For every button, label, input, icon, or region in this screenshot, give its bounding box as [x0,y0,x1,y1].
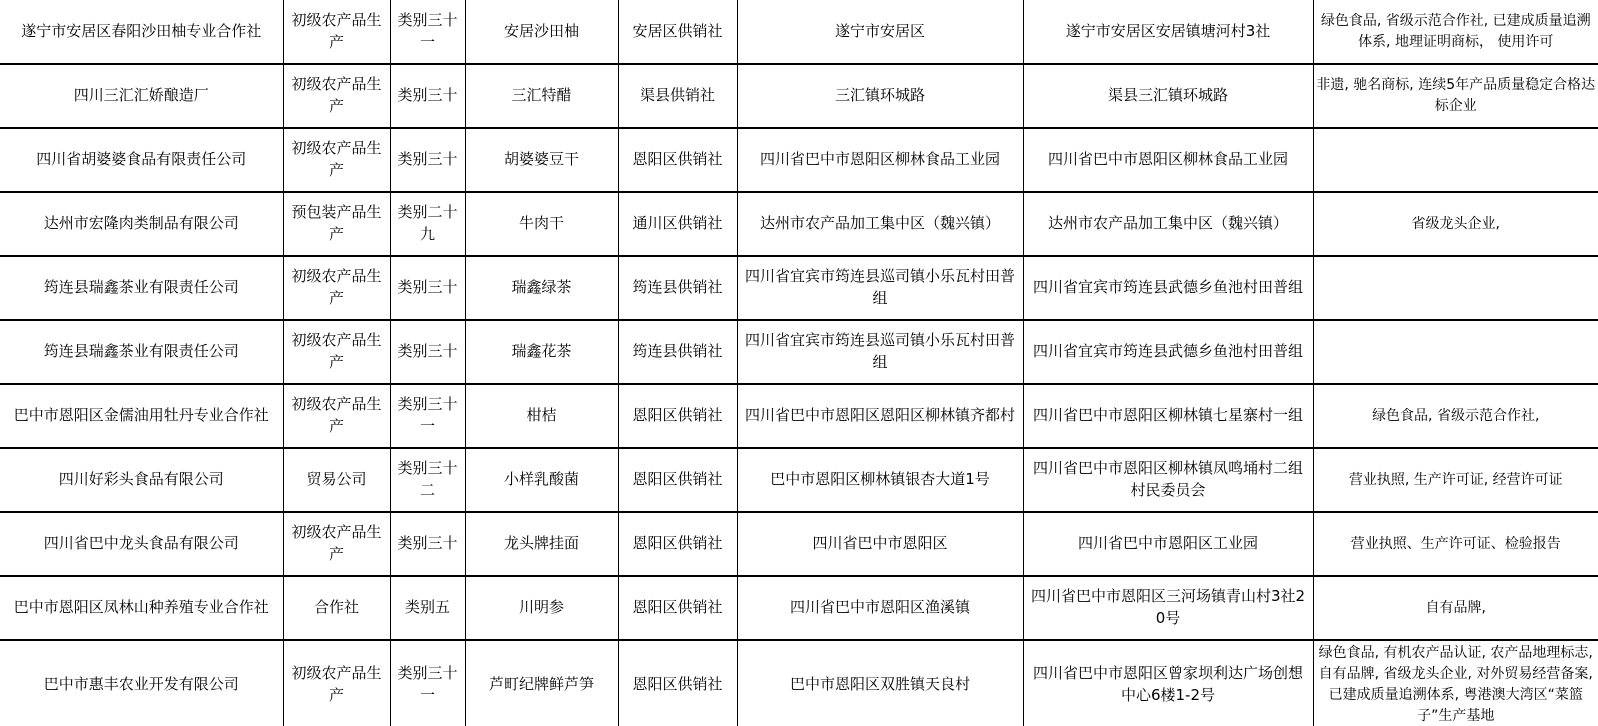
cell-address-2: 四川省巴中市恩阳区柳林镇七星寨村一组 [1023,384,1313,448]
cell-address-1: 四川省宜宾市筠连县巡司镇小乐瓦村田普组 [737,256,1023,320]
cell-cooperative: 渠县供销社 [618,64,737,128]
cell-address-2: 四川省宜宾市筠连县武德乡鱼池村田普组 [1023,320,1313,384]
cell-address-2: 达州市农产品加工集中区（魏兴镇） [1023,192,1313,256]
cell-category: 类别三十 [390,512,465,576]
cell-production-type: 贸易公司 [283,448,390,512]
cell-category: 类别三十一 [390,384,465,448]
cell-category: 类别三十 [390,320,465,384]
cell-address-2: 四川省巴中市恩阳区柳林镇凤鸣埇村二组村民委员会 [1023,448,1313,512]
cell-product: 牛肉干 [465,192,618,256]
cell-category: 类别三十一 [390,640,465,726]
cell-remarks: 营业执照、生产许可证、检验报告 [1313,512,1598,576]
producers-table: 遂宁市安居区春阳沙田柚专业合作社 初级农产品生产 类别三十一 安居沙田柚 安居区… [0,0,1598,726]
cell-address-2: 四川省巴中市恩阳区曾家坝利达广场创想中心6楼1-2号 [1023,640,1313,726]
cell-category: 类别三十 [390,128,465,192]
cell-address-2: 四川省巴中市恩阳区三河场镇青山村3社20号 [1023,576,1313,640]
table-row: 四川三汇汇娇酿造厂 初级农产品生产 类别三十 三汇特醋 渠县供销社 三汇镇环城路… [0,64,1598,128]
cell-address-1: 四川省宜宾市筠连县巡司镇小乐瓦村田普组 [737,320,1023,384]
cell-category: 类别三十二 [390,448,465,512]
cell-company: 四川三汇汇娇酿造厂 [0,64,283,128]
table-row: 遂宁市安居区春阳沙田柚专业合作社 初级农产品生产 类别三十一 安居沙田柚 安居区… [0,0,1598,64]
table-row: 四川好彩头食品有限公司 贸易公司 类别三十二 小样乳酸菌 恩阳区供销社 巴中市恩… [0,448,1598,512]
table-row: 达州市宏隆肉类制品有限公司 预包装产品生产 类别二十九 牛肉干 通川区供销社 达… [0,192,1598,256]
cell-company: 遂宁市安居区春阳沙田柚专业合作社 [0,0,283,64]
table-row: 巴中市恩阳区凤林山种养殖专业合作社 合作社 类别五 川明参 恩阳区供销社 四川省… [0,576,1598,640]
cell-production-type: 初级农产品生产 [283,128,390,192]
cell-category: 类别三十 [390,64,465,128]
cell-company: 四川省巴中龙头食品有限公司 [0,512,283,576]
table-row: 四川省胡婆婆食品有限责任公司 初级农产品生产 类别三十 胡婆婆豆干 恩阳区供销社… [0,128,1598,192]
cell-product: 龙头牌挂面 [465,512,618,576]
cell-production-type: 初级农产品生产 [283,320,390,384]
cell-production-type: 初级农产品生产 [283,64,390,128]
cell-remarks: 省级龙头企业, [1313,192,1598,256]
table-row: 巴中市恩阳区金儒油用牡丹专业合作社 初级农产品生产 类别三十一 柑桔 恩阳区供销… [0,384,1598,448]
table-row: 筠连县瑞鑫茶业有限责任公司 初级农产品生产 类别三十 瑞鑫绿茶 筠连县供销社 四… [0,256,1598,320]
cell-cooperative: 恩阳区供销社 [618,448,737,512]
cell-product: 小样乳酸菌 [465,448,618,512]
cell-production-type: 初级农产品生产 [283,0,390,64]
table-row: 筠连县瑞鑫茶业有限责任公司 初级农产品生产 类别三十 瑞鑫花茶 筠连县供销社 四… [0,320,1598,384]
table-body: 遂宁市安居区春阳沙田柚专业合作社 初级农产品生产 类别三十一 安居沙田柚 安居区… [0,0,1598,726]
cell-remarks: 绿色食品, 有机农产品认证, 农产品地理标志, 自有品牌, 省级龙头企业, 对外… [1313,640,1598,726]
cell-address-2: 渠县三汇镇环城路 [1023,64,1313,128]
cell-category: 类别五 [390,576,465,640]
cell-cooperative: 恩阳区供销社 [618,512,737,576]
cell-product: 三汇特醋 [465,64,618,128]
cell-address-2: 四川省巴中市恩阳区柳林食品工业园 [1023,128,1313,192]
cell-cooperative: 筠连县供销社 [618,256,737,320]
cell-category: 类别二十九 [390,192,465,256]
cell-product: 胡婆婆豆干 [465,128,618,192]
cell-address-2: 四川省巴中市恩阳区工业园 [1023,512,1313,576]
cell-address-1: 三汇镇环城路 [737,64,1023,128]
cell-cooperative: 恩阳区供销社 [618,576,737,640]
cell-production-type: 预包装产品生产 [283,192,390,256]
cell-remarks [1313,256,1598,320]
cell-production-type: 初级农产品生产 [283,640,390,726]
cell-remarks: 营业执照, 生产许可证, 经营许可证 [1313,448,1598,512]
cell-company: 四川省胡婆婆食品有限责任公司 [0,128,283,192]
cell-address-1: 巴中市恩阳区双胜镇天良村 [737,640,1023,726]
cell-remarks: 非遗, 驰名商标, 连续5年产品质量稳定合格达标企业 [1313,64,1598,128]
cell-address-1: 四川省巴中市恩阳区柳林食品工业园 [737,128,1023,192]
cell-company: 达州市宏隆肉类制品有限公司 [0,192,283,256]
cell-company: 巴中市惠丰农业开发有限公司 [0,640,283,726]
cell-product: 安居沙田柚 [465,0,618,64]
cell-cooperative: 恩阳区供销社 [618,640,737,726]
cell-remarks: 绿色食品, 省级示范合作社, 已建成质量追溯体系, 地理证明商标， 使用许可 [1313,0,1598,64]
cell-category: 类别三十一 [390,0,465,64]
cell-product: 芦町纪牌鲜芦笋 [465,640,618,726]
cell-cooperative: 安居区供销社 [618,0,737,64]
cell-cooperative: 恩阳区供销社 [618,128,737,192]
cell-production-type: 合作社 [283,576,390,640]
cell-product: 瑞鑫花茶 [465,320,618,384]
cell-remarks [1313,320,1598,384]
cell-cooperative: 恩阳区供销社 [618,384,737,448]
cell-address-1: 巴中市恩阳区柳林镇银杏大道1号 [737,448,1023,512]
cell-category: 类别三十 [390,256,465,320]
cell-company: 四川好彩头食品有限公司 [0,448,283,512]
cell-company: 巴中市恩阳区凤林山种养殖专业合作社 [0,576,283,640]
cell-company: 筠连县瑞鑫茶业有限责任公司 [0,256,283,320]
cell-address-1: 四川省巴中市恩阳区恩阳区柳林镇齐都村 [737,384,1023,448]
cell-production-type: 初级农产品生产 [283,512,390,576]
cell-remarks [1313,128,1598,192]
cell-address-2: 四川省宜宾市筠连县武德乡鱼池村田普组 [1023,256,1313,320]
cell-cooperative: 通川区供销社 [618,192,737,256]
cell-company: 巴中市恩阳区金儒油用牡丹专业合作社 [0,384,283,448]
cell-address-2: 遂宁市安居区安居镇塘河村3社 [1023,0,1313,64]
cell-remarks: 绿色食品, 省级示范合作社, [1313,384,1598,448]
table-row: 巴中市惠丰农业开发有限公司 初级农产品生产 类别三十一 芦町纪牌鲜芦笋 恩阳区供… [0,640,1598,726]
cell-address-1: 遂宁市安居区 [737,0,1023,64]
cell-production-type: 初级农产品生产 [283,256,390,320]
cell-cooperative: 筠连县供销社 [618,320,737,384]
cell-remarks: 自有品牌, [1313,576,1598,640]
cell-product: 川明参 [465,576,618,640]
cell-address-1: 四川省巴中市恩阳区 [737,512,1023,576]
table-row: 四川省巴中龙头食品有限公司 初级农产品生产 类别三十 龙头牌挂面 恩阳区供销社 … [0,512,1598,576]
cell-production-type: 初级农产品生产 [283,384,390,448]
cell-address-1: 四川省巴中市恩阳区渔溪镇 [737,576,1023,640]
cell-address-1: 达州市农产品加工集中区（魏兴镇） [737,192,1023,256]
cell-product: 瑞鑫绿茶 [465,256,618,320]
cell-product: 柑桔 [465,384,618,448]
cell-company: 筠连县瑞鑫茶业有限责任公司 [0,320,283,384]
